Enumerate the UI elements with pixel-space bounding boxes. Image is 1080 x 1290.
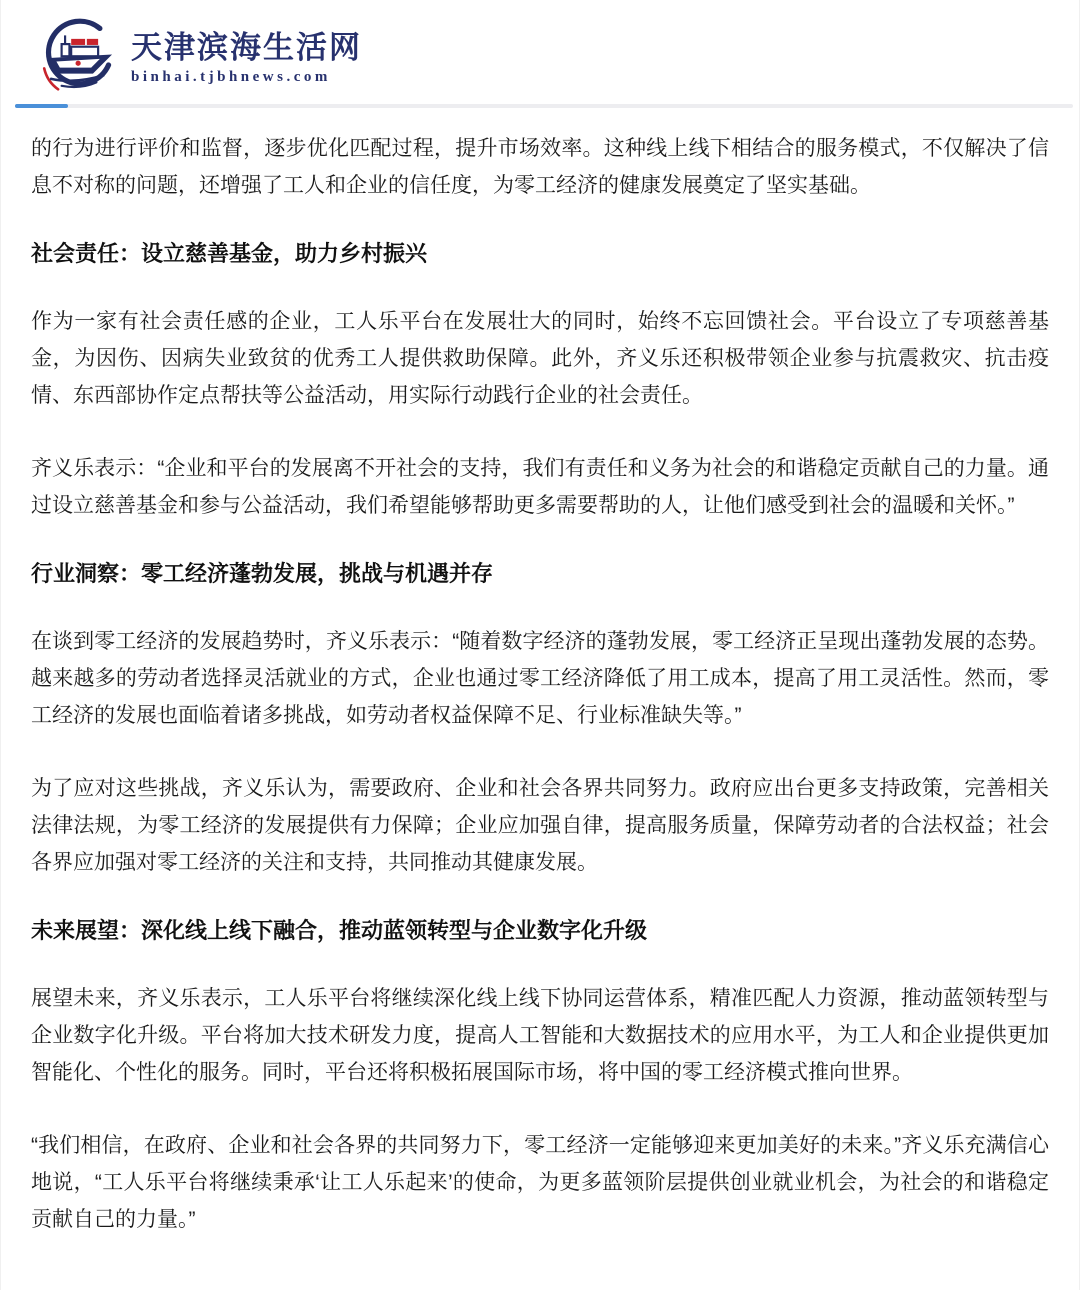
site-domain: binhai.tjbhnews.com xyxy=(131,69,362,86)
section-heading-future-outlook: 未来展望：深化线上线下融合，推动蓝领转型与企业数字化升级 xyxy=(31,917,1049,944)
article-paragraph: 作为一家有社会责任感的企业，工人乐平台在发展壮大的同时，始终不忘回馈社会。平台设… xyxy=(31,303,1049,414)
article-paragraph: 在谈到零工经济的发展趋势时，齐义乐表示：“随着数字经济的蓬勃发展，零工经济正呈现… xyxy=(31,623,1049,734)
page: 天津滨海生活网 binhai.tjbhnews.com 的行为进行评价和监督，逐… xyxy=(0,0,1080,1290)
section-heading-social-responsibility: 社会责任：设立慈善基金，助力乡村振兴 xyxy=(31,240,1049,267)
article-paragraph: 展望未来，齐义乐表示，工人乐平台将继续深化线上线下协同运营体系，精准匹配人力资源… xyxy=(31,980,1049,1091)
article-body: 的行为进行评价和监督，逐步优化匹配过程，提升市场效率。这种线上线下相结合的服务模… xyxy=(1,108,1079,1238)
article-paragraph: “我们相信，在政府、企业和社会各界的共同努力下，零工经济一定能够迎来更加美好的未… xyxy=(31,1127,1049,1238)
page-divider-accent xyxy=(15,104,68,108)
site-name: 天津滨海生活网 xyxy=(131,30,362,66)
article-paragraph: 为了应对这些挑战，齐义乐认为，需要政府、企业和社会各界共同努力。政府应出台更多支… xyxy=(31,770,1049,881)
site-logo[interactable]: 天津滨海生活网 binhai.tjbhnews.com xyxy=(35,18,362,98)
article-paragraph: 齐义乐表示：“企业和平台的发展离不开社会的支持，我们有责任和义务为社会的和谐稳定… xyxy=(31,450,1049,524)
logo-text: 天津滨海生活网 binhai.tjbhnews.com xyxy=(131,30,362,86)
site-header: 天津滨海生活网 binhai.tjbhnews.com xyxy=(1,0,1079,102)
article-paragraph: 的行为进行评价和监督，逐步优化匹配过程，提升市场效率。这种线上线下相结合的服务模… xyxy=(31,130,1049,204)
ship-logo-icon xyxy=(35,18,123,98)
page-divider-track xyxy=(15,104,1073,108)
section-heading-industry-insight: 行业洞察：零工经济蓬勃发展，挑战与机遇并存 xyxy=(31,560,1049,587)
